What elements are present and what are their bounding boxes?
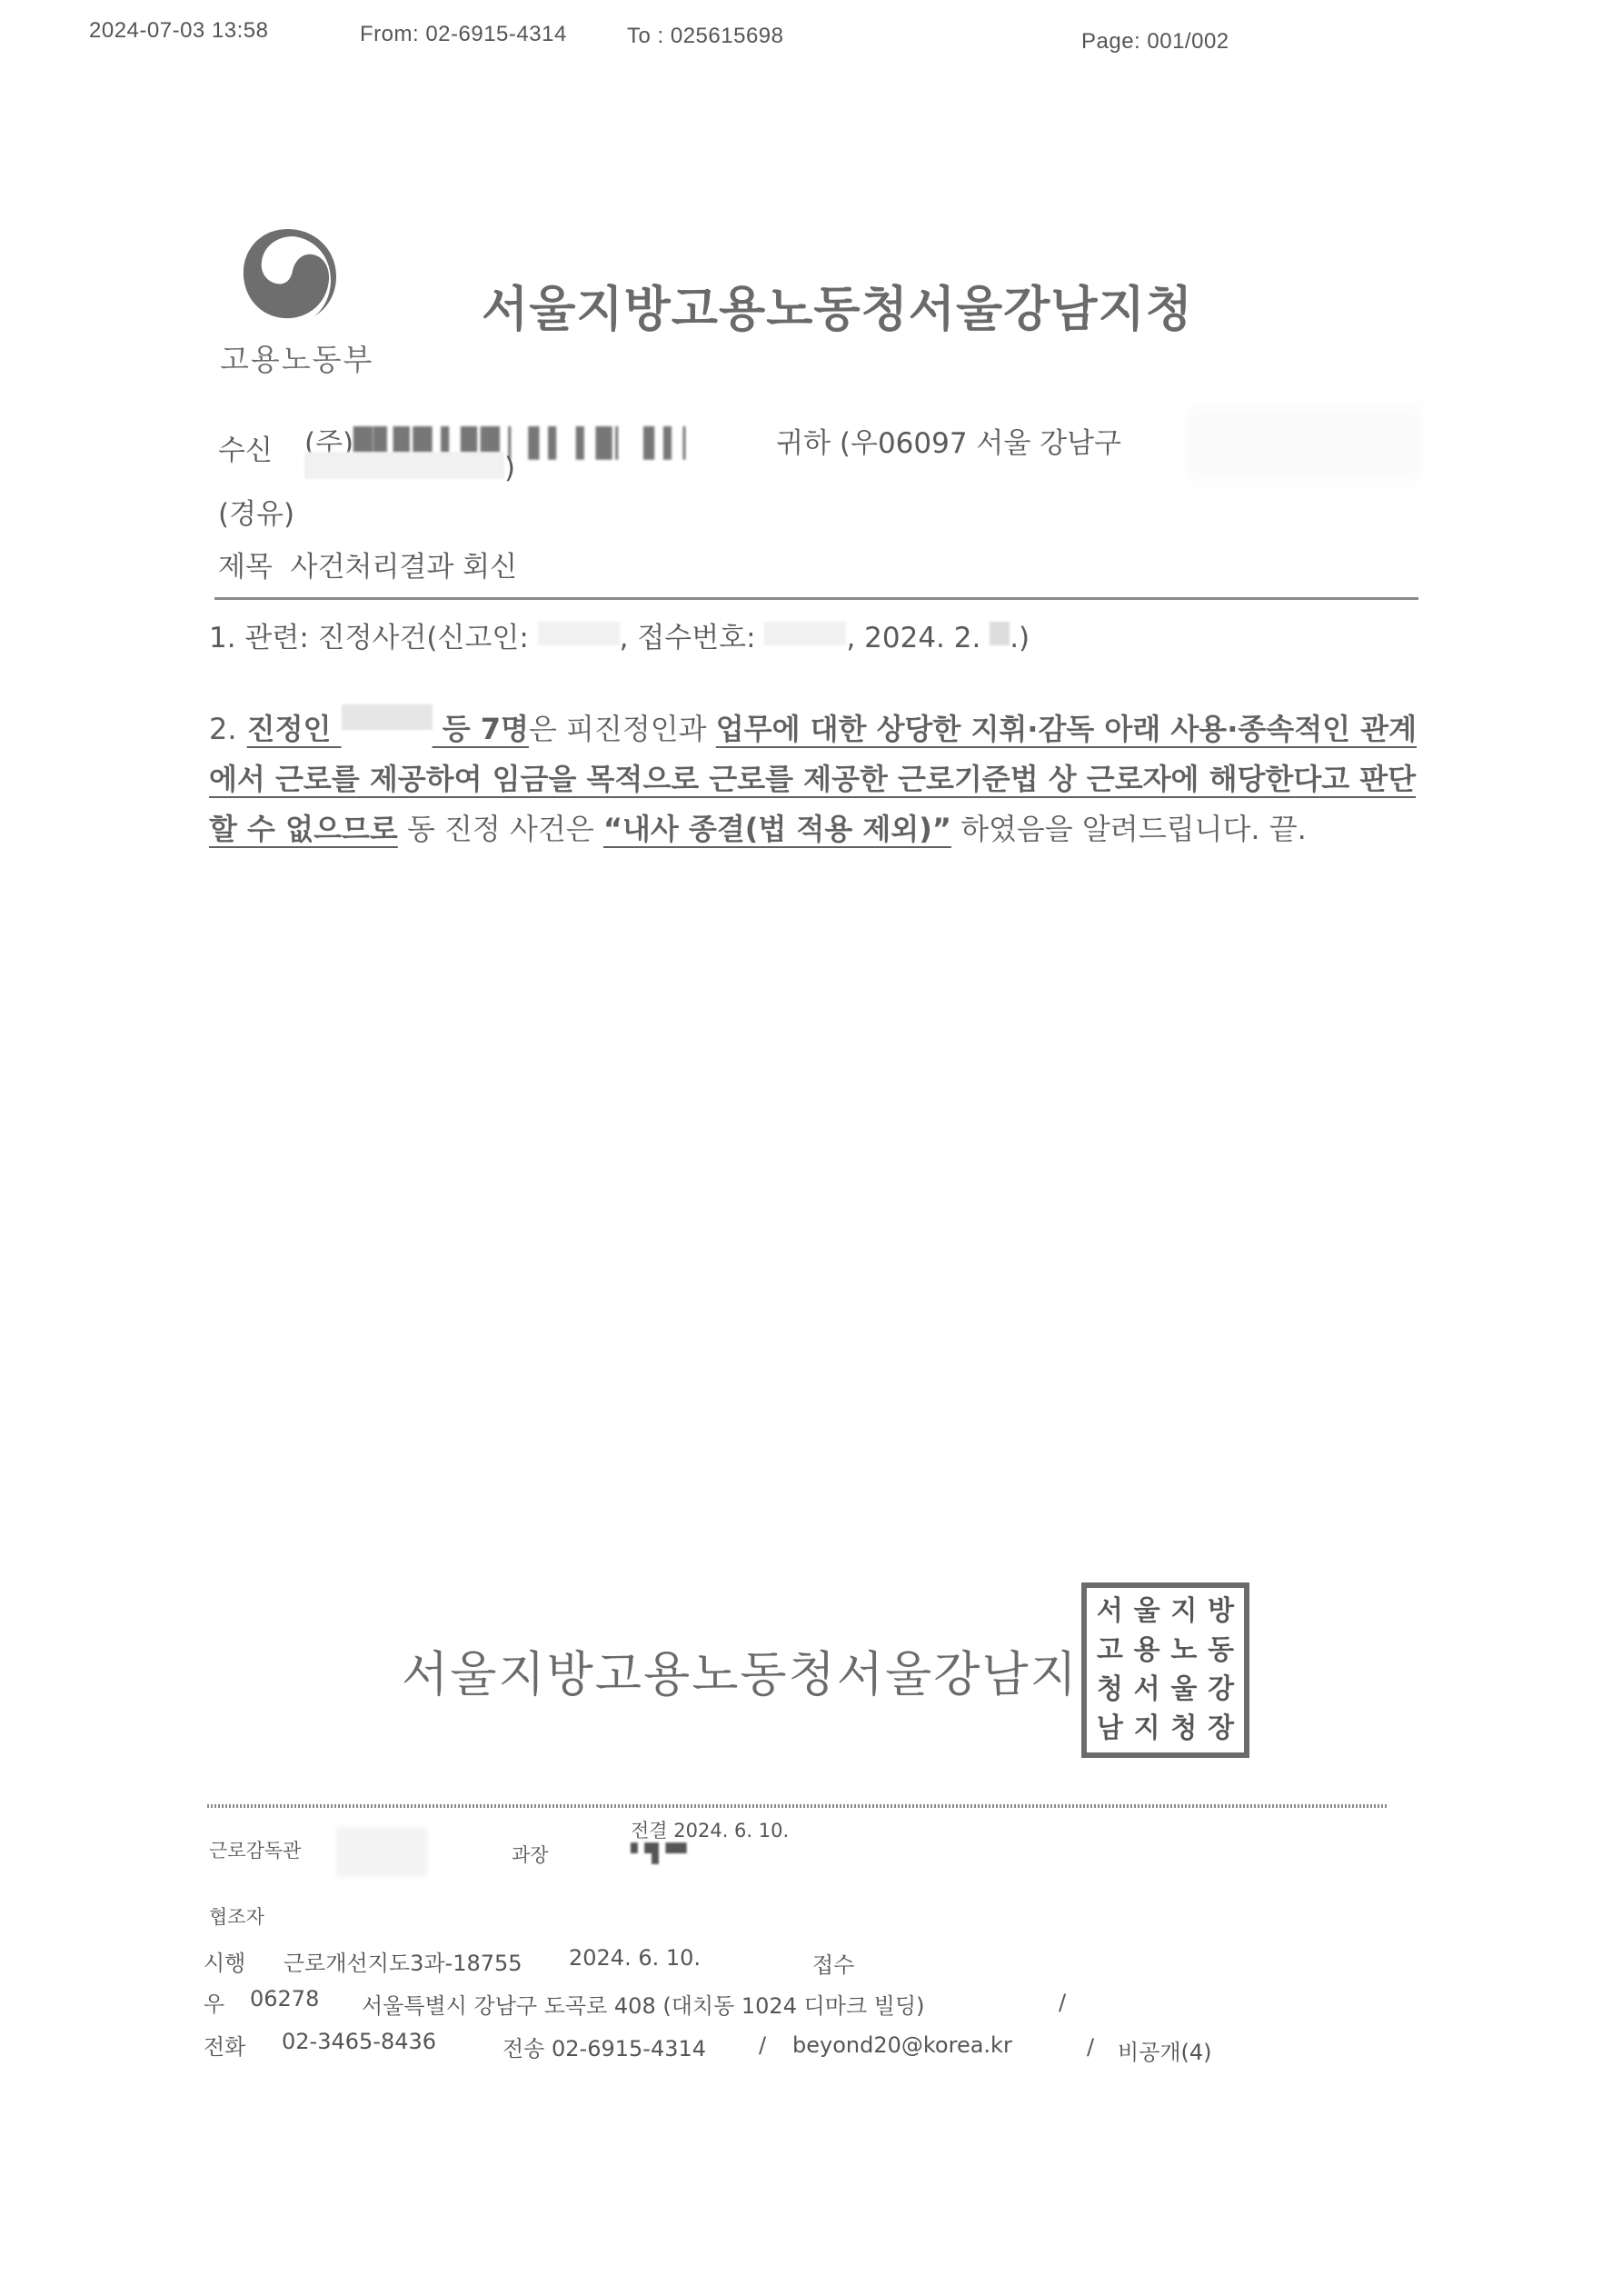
reporter-redacted: x — [538, 622, 620, 645]
postal-code: 06278 — [250, 1986, 319, 2011]
fax-to: To : 025615698 — [627, 24, 783, 49]
phone-number: 02-3465-8436 — [282, 2029, 436, 2054]
recipient-label: 수신 — [218, 427, 273, 468]
chief-signature-redacted: ▘▜▝▀ — [631, 1842, 703, 1861]
final-approval-date: 전결 2024. 6. 10. — [631, 1816, 789, 1843]
date-day-redacted: x — [990, 622, 1010, 645]
item-1-prefix: 1. 관련: 진정사건(신고인: — [209, 622, 529, 654]
item-2-complainants: 진정인 x 등 7명 — [247, 712, 529, 746]
approval-divider — [207, 1804, 1388, 1808]
item-2-text-2: 동 진정 사건은 — [398, 812, 603, 846]
fax-from: From: 02-6915-4314 — [360, 22, 567, 47]
item-2-text-3: 하였음을 알려드립니다. 끝. — [951, 812, 1307, 846]
fax-datetime: 2024-07-03 13:58 — [89, 18, 269, 44]
document-number: 근로개선지도3과-18755 — [284, 1945, 522, 1977]
recipient-line2: x) — [304, 452, 515, 484]
item-2-num: 2. — [209, 712, 237, 746]
item-1-suffix: .) — [1010, 622, 1030, 654]
enforce-label: 시행 — [204, 1945, 245, 1977]
office-title: 서울지방고용노동청서울강남지청 — [482, 271, 1193, 340]
chief-label: 과장 — [512, 1841, 549, 1868]
item-2: 2. 진정인 x 등 7명은 피진정인과 업무에 대한 상당한 지휘·감독 아래… — [209, 704, 1427, 854]
complainant-redacted: x — [342, 704, 433, 730]
inspector-redacted — [336, 1827, 427, 1877]
item-1-date: , 2024. 2. — [846, 622, 980, 654]
office-address: 서울특별시 강남구 도곡로 408 (대치동 1024 디마크 빌딩) — [362, 1988, 925, 2020]
enforce-date: 2024. 6. 10. — [569, 1945, 701, 1971]
recipient-address: (우06097 서울 강남구 — [840, 427, 1121, 460]
item-1-receipt-label: , 접수번호: — [620, 622, 756, 654]
subject-value: 사건처리결과 회신 — [291, 551, 517, 584]
receipt-number-redacted: x — [764, 622, 846, 645]
receipt-label: 접수 — [812, 1947, 854, 1979]
disclosure-status: 비공개(4) — [1118, 2034, 1212, 2066]
separator: / — [759, 2032, 766, 2058]
inspector-label: 근로감독관 — [209, 1836, 301, 1863]
honorific: 귀하 — [776, 427, 831, 460]
phone-label: 전화 — [204, 2029, 245, 2061]
fax-page: Page: 001/002 — [1081, 29, 1229, 55]
item-2-text-1: 은 피진정인과 — [529, 712, 716, 746]
via-label: (경유) — [218, 491, 294, 532]
separator: / — [1059, 1990, 1066, 2015]
fax-number: 전송 02-6915-4314 — [503, 2031, 706, 2062]
subject-line: 제목 사건처리결과 회신 — [218, 544, 517, 584]
taegeuk-government-emblem-icon — [238, 224, 338, 325]
header-divider — [214, 597, 1418, 600]
email-link[interactable]: beyond20@korea.kr — [792, 2032, 1012, 2058]
subject-label: 제목 — [218, 551, 273, 584]
item-1: 1. 관련: 진정사건(신고인: x, 접수번호: x, 2024. 2. x.… — [209, 614, 1030, 655]
cooperator-label: 협조자 — [209, 1902, 264, 1930]
address-close: ) — [504, 452, 515, 484]
signature-office-title: 서울지방고용노동청서울강남지청장 — [402, 1636, 1175, 1705]
item-2-decision: “내사 종결(법 적용 제외)” — [603, 812, 951, 846]
address-redacted: x — [304, 452, 504, 479]
ministry-name: 고용노동부 — [220, 336, 373, 379]
separator: / — [1087, 2034, 1094, 2060]
official-seal-icon: 서 울 지 방 고 용 노 동 청 서 울 강 남 지 청 장 — [1081, 1582, 1249, 1758]
postal-label: 우 — [204, 1986, 224, 2018]
address-redaction-patch — [1186, 407, 1422, 480]
